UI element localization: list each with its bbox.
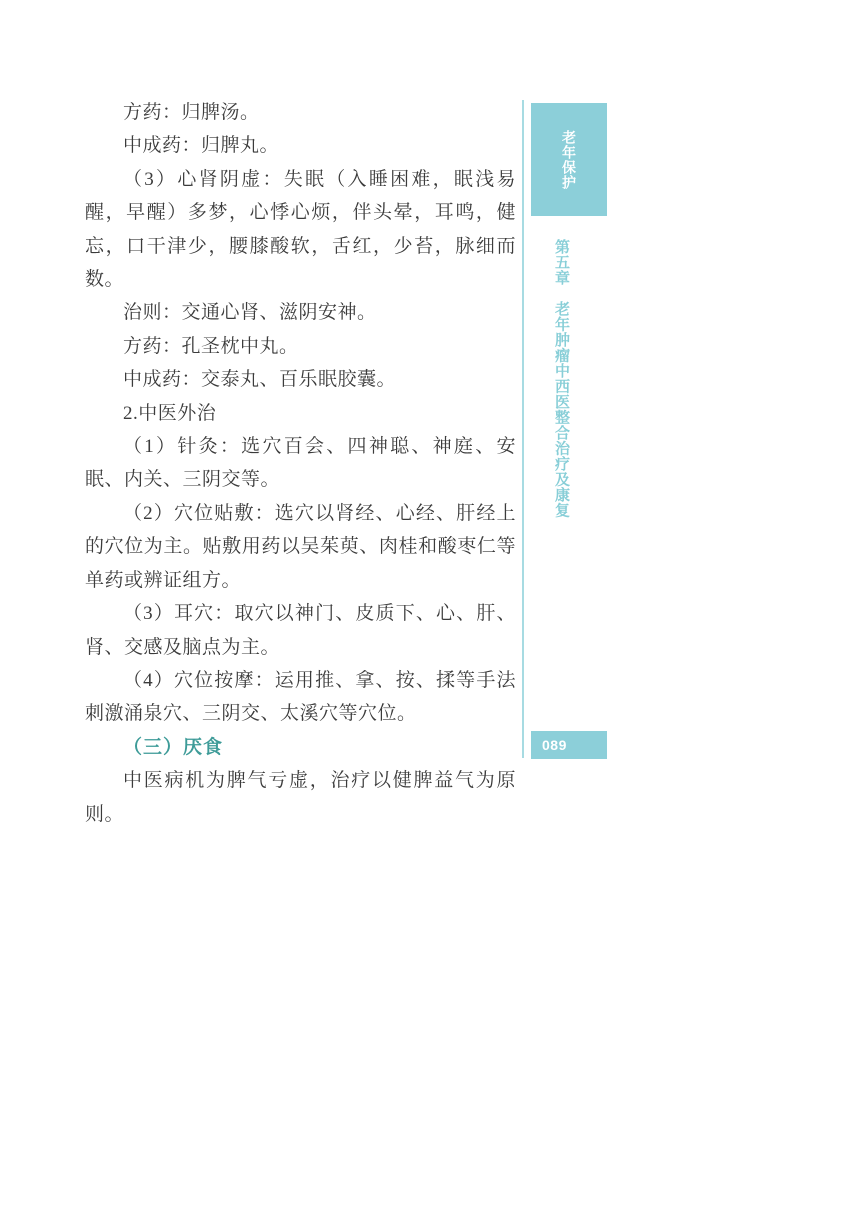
- sidebar-rule: [522, 100, 524, 758]
- paragraph: （1）针灸：选穴百会、四神聪、神庭、安眠、内关、三阴交等。: [85, 430, 516, 497]
- section-tab-label: 老年保护: [559, 130, 579, 190]
- paragraph: 中成药：交泰丸、百乐眠胶囊。: [85, 363, 516, 396]
- book-page: 方药：归脾汤。中成药：归脾丸。（3）心肾阴虚：失眠（入睡困难，眠浅易醒，早醒）多…: [0, 0, 867, 1218]
- section-heading: （三）厌食: [85, 731, 516, 764]
- body-text: 方药：归脾汤。中成药：归脾丸。（3）心肾阴虚：失眠（入睡困难，眠浅易醒，早醒）多…: [85, 96, 516, 831]
- paragraph: 中成药：归脾丸。: [85, 129, 516, 162]
- chapter-number: 第五章: [551, 239, 572, 286]
- paragraph: 中医病机为脾气亏虚，治疗以健脾益气为原则。: [85, 764, 516, 831]
- paragraph: （3）耳穴：取穴以神门、皮质下、心、肝、肾、交感及脑点为主。: [85, 597, 516, 664]
- paragraph: （2）穴位贴敷：选穴以肾经、心经、肝经上的穴位为主。贴敷用药以吴茱萸、肉桂和酸枣…: [85, 497, 516, 597]
- paragraph: 方药：孔圣枕中丸。: [85, 330, 516, 363]
- section-tab: 老年保护: [531, 103, 607, 216]
- chapter-title: 老年肿瘤中西医整合治疗及康复: [551, 301, 572, 518]
- page-number-badge: 089: [531, 731, 607, 759]
- paragraph: 2.中医外治: [85, 397, 516, 430]
- paragraph: （4）穴位按摩：运用推、拿、按、揉等手法刺激涌泉穴、三阴交、太溪穴等穴位。: [85, 664, 516, 731]
- paragraph: 治则：交通心肾、滋阴安神。: [85, 296, 516, 329]
- paragraph: （3）心肾阴虚：失眠（入睡困难，眠浅易醒，早醒）多梦，心悸心烦，伴头晕，耳鸣，健…: [85, 163, 516, 297]
- paragraph: 方药：归脾汤。: [85, 96, 516, 129]
- page-number: 089: [531, 737, 567, 753]
